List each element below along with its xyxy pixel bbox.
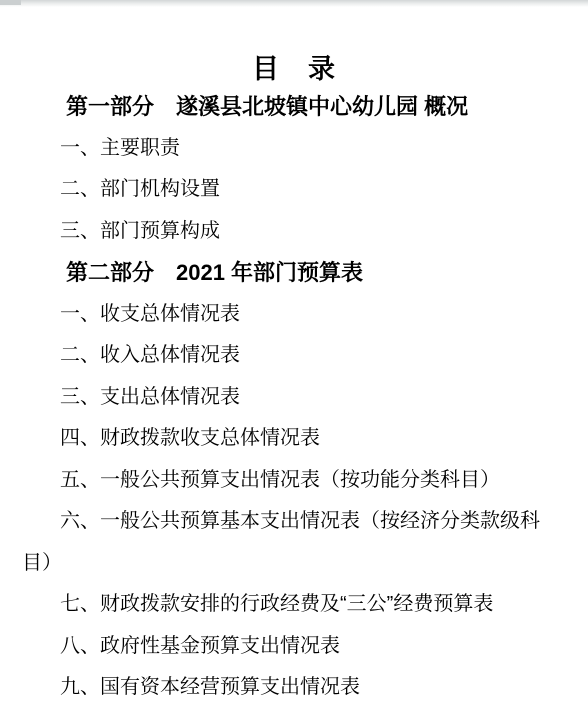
toc-item-part2-5: 五、一般公共预算支出情况表（按功能分类科目） (0, 460, 588, 502)
toc-item-part2-6-continuation: 目） (0, 543, 588, 585)
toc-item-part2-9: 九、国有资本经营预算支出情况表 (0, 667, 588, 704)
toc-item-part2-1: 一、收支总体情况表 (0, 294, 588, 336)
toc-item-part1-1: 一、主要职责 (0, 128, 588, 170)
toc-item-part2-6: 六、一般公共预算基本支出情况表（按经济分类款级科 (0, 501, 588, 543)
toc-item-part2-3: 三、支出总体情况表 (0, 377, 588, 419)
toc-item-part1-3: 三、部门预算构成 (0, 211, 588, 253)
toc-item-part2-8: 八、政府性基金预算支出情况表 (0, 626, 588, 668)
part2-heading: 第二部分 2021 年部门预算表 (0, 252, 588, 294)
page-top-corner (0, 0, 21, 5)
page-title: 目 录 (0, 52, 588, 86)
toc-item-part2-7: 七、财政拨款安排的行政经费及“三公”经费预算表 (0, 584, 588, 626)
toc-item-part1-2: 二、部门机构设置 (0, 169, 588, 211)
toc-item-part2-2: 二、收入总体情况表 (0, 335, 588, 377)
toc-item-part2-4: 四、财政拨款收支总体情况表 (0, 418, 588, 460)
part1-heading: 第一部分 遂溪县北坡镇中心幼儿园 概况 (0, 86, 588, 128)
page-top-shadow (0, 0, 588, 7)
toc-page: 目 录 第一部分 遂溪县北坡镇中心幼儿园 概况 一、主要职责 二、部门机构设置 … (0, 52, 588, 704)
